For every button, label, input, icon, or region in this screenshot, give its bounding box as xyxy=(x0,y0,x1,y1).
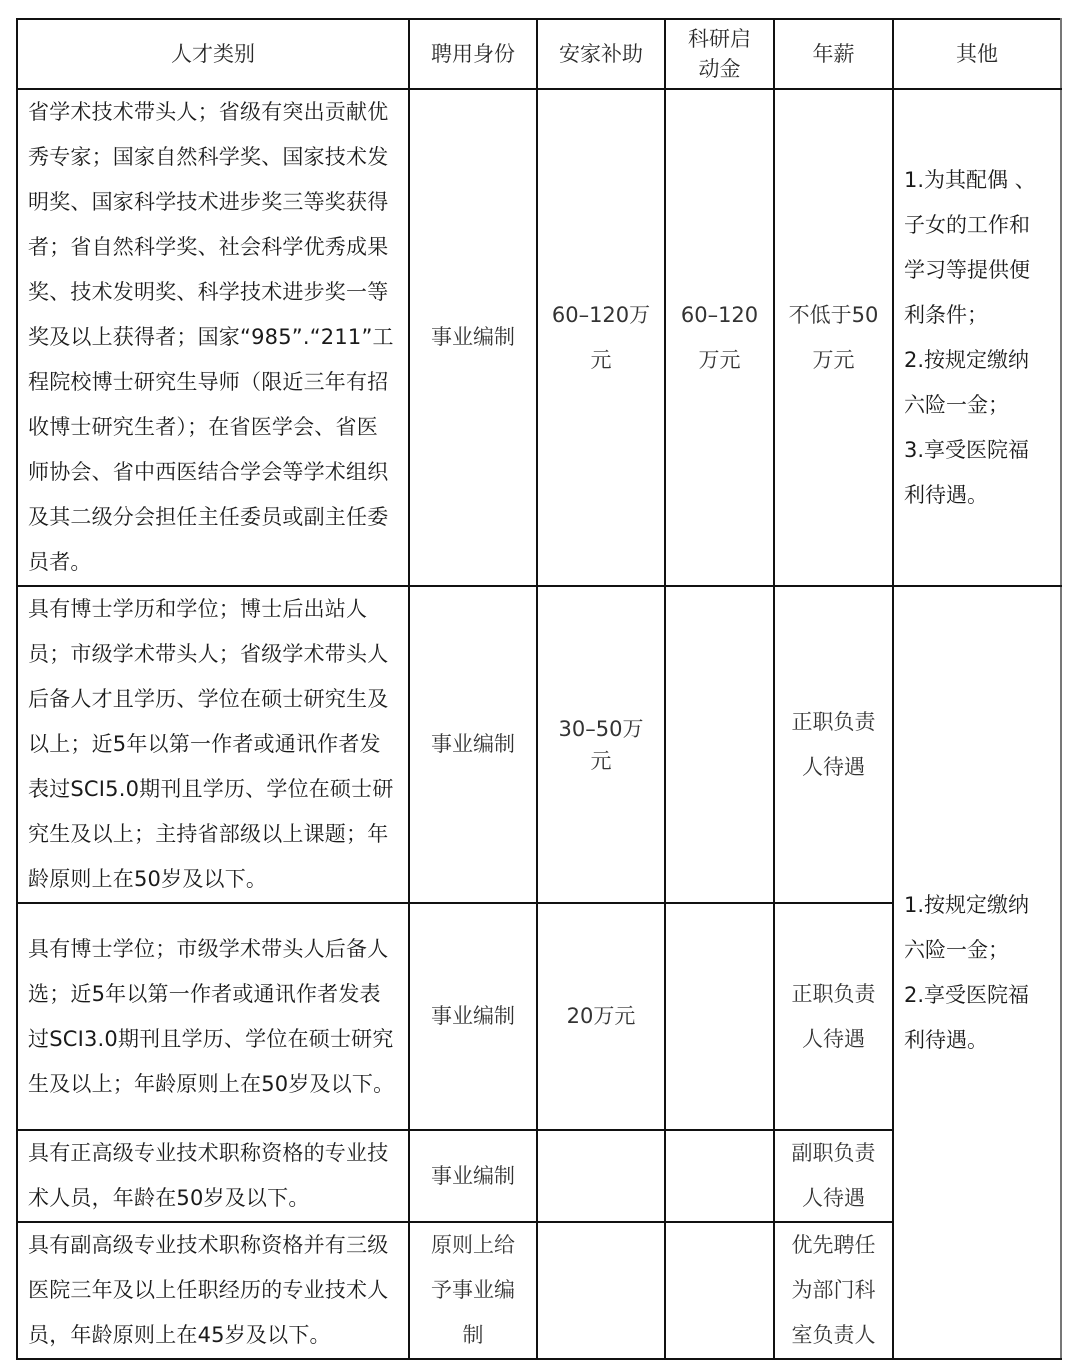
other-line: 六险一金； xyxy=(904,928,1050,973)
employment-cell: 事业编制 xyxy=(409,586,537,903)
allowance-cell xyxy=(537,1130,665,1222)
table-row: 具有博士学历和学位；博士后出站人员；市级学术带头人；省级学术带头人后备人才且学历… xyxy=(17,586,1061,903)
salary-line2: 为部门科 xyxy=(775,1268,892,1313)
fund-line2: 万元 xyxy=(666,338,773,383)
talent-benefits-table: 人才类别 聘用身份 安家补助 科研启 动金 年薪 其他 省学术技术带头人；省级有… xyxy=(16,18,1062,1360)
category-cell: 具有正高级专业技术职称资格的专业技术人员，年龄在50岁及以下。 xyxy=(17,1130,409,1222)
research-fund-cell xyxy=(665,1222,774,1359)
other-line: 利待遇。 xyxy=(904,1018,1050,1063)
research-fund-cell xyxy=(665,903,774,1130)
employment-cell: 事业编制 xyxy=(409,1130,537,1222)
header-research-fund-line1: 科研启 xyxy=(666,24,773,54)
other-line: 六险一金； xyxy=(904,383,1050,428)
table-row: 省学术技术带头人；省级有突出贡献优秀专家；国家自然科学奖、国家技术发明奖、国家科… xyxy=(17,89,1061,586)
employment-cell: 原则上给 予事业编 制 xyxy=(409,1222,537,1359)
category-cell: 具有副高级专业技术职称资格并有三级医院三年及以上任职经历的专业技术人员，年龄原则… xyxy=(17,1222,409,1359)
header-research-fund-line2: 动金 xyxy=(666,54,773,84)
other-line: 子女的工作和 xyxy=(904,203,1050,248)
salary-line2: 人待遇 xyxy=(775,1176,892,1221)
category-cell: 具有博士学位；市级学术带头人后备人选；近5年以第一作者或通讯作者发表过SCI3.… xyxy=(17,903,409,1130)
allowance-line2: 元 xyxy=(538,338,664,383)
header-employment: 聘用身份 xyxy=(409,19,537,89)
shared-other-cell: 1.按规定缴纳 六险一金； 2.享受医院福 利待遇。 xyxy=(893,586,1061,1359)
employment-line2: 予事业编 xyxy=(410,1268,536,1313)
allowance-cell: 30–50万 元 xyxy=(537,586,665,903)
salary-cell: 正职负责 人待遇 xyxy=(774,903,893,1130)
other-cell: 1.为其配偶 、 子女的工作和 学习等提供便 利条件； 2.按规定缴纳 六险一金… xyxy=(893,89,1061,586)
other-line: 3.享受医院福 xyxy=(904,428,1050,473)
category-cell: 具有博士学历和学位；博士后出站人员；市级学术带头人；省级学术带头人后备人才且学历… xyxy=(17,586,409,903)
employment-cell: 事业编制 xyxy=(409,89,537,586)
salary-line3: 室负责人 xyxy=(775,1313,892,1358)
header-research-fund: 科研启 动金 xyxy=(665,19,774,89)
employment-line3: 制 xyxy=(410,1313,536,1358)
research-fund-cell xyxy=(665,1130,774,1222)
other-line: 2.按规定缴纳 xyxy=(904,338,1050,383)
salary-line2: 人待遇 xyxy=(775,745,892,790)
salary-line1: 正职负责 xyxy=(775,700,892,745)
allowance-line2: 元 xyxy=(538,745,664,777)
header-settling-allowance: 安家补助 xyxy=(537,19,665,89)
header-annual-salary: 年薪 xyxy=(774,19,893,89)
salary-cell: 正职负责 人待遇 xyxy=(774,586,893,903)
salary-line1: 不低于50 xyxy=(775,293,892,338)
salary-line2: 万元 xyxy=(775,338,892,383)
salary-cell: 优先聘任 为部门科 室负责人 xyxy=(774,1222,893,1359)
employment-cell: 事业编制 xyxy=(409,903,537,1130)
fund-line1: 60–120 xyxy=(666,293,773,338)
salary-line1: 优先聘任 xyxy=(775,1223,892,1268)
header-other: 其他 xyxy=(893,19,1061,89)
other-line: 1.按规定缴纳 xyxy=(904,883,1050,928)
other-line: 2.享受医院福 xyxy=(904,973,1050,1018)
header-category: 人才类别 xyxy=(17,19,409,89)
other-line: 学习等提供便 xyxy=(904,248,1050,293)
other-line: 利待遇。 xyxy=(904,473,1050,518)
other-line: 1.为其配偶 、 xyxy=(904,158,1050,203)
salary-line1: 正职负责 xyxy=(775,972,892,1017)
salary-cell: 副职负责 人待遇 xyxy=(774,1130,893,1222)
other-line: 利条件； xyxy=(904,293,1050,338)
category-cell: 省学术技术带头人；省级有突出贡献优秀专家；国家自然科学奖、国家技术发明奖、国家科… xyxy=(17,89,409,586)
allowance-line1: 30–50万 xyxy=(538,713,664,745)
allowance-line1: 60–120万 xyxy=(538,293,664,338)
table-header-row: 人才类别 聘用身份 安家补助 科研启 动金 年薪 其他 xyxy=(17,19,1061,89)
salary-line2: 人待遇 xyxy=(775,1017,892,1062)
salary-line1: 副职负责 xyxy=(775,1131,892,1176)
allowance-cell: 20万元 xyxy=(537,903,665,1130)
employment-line1: 原则上给 xyxy=(410,1223,536,1268)
allowance-cell xyxy=(537,1222,665,1359)
salary-cell: 不低于50 万元 xyxy=(774,89,893,586)
research-fund-cell: 60–120 万元 xyxy=(665,89,774,586)
research-fund-cell xyxy=(665,586,774,903)
allowance-cell: 60–120万 元 xyxy=(537,89,665,586)
